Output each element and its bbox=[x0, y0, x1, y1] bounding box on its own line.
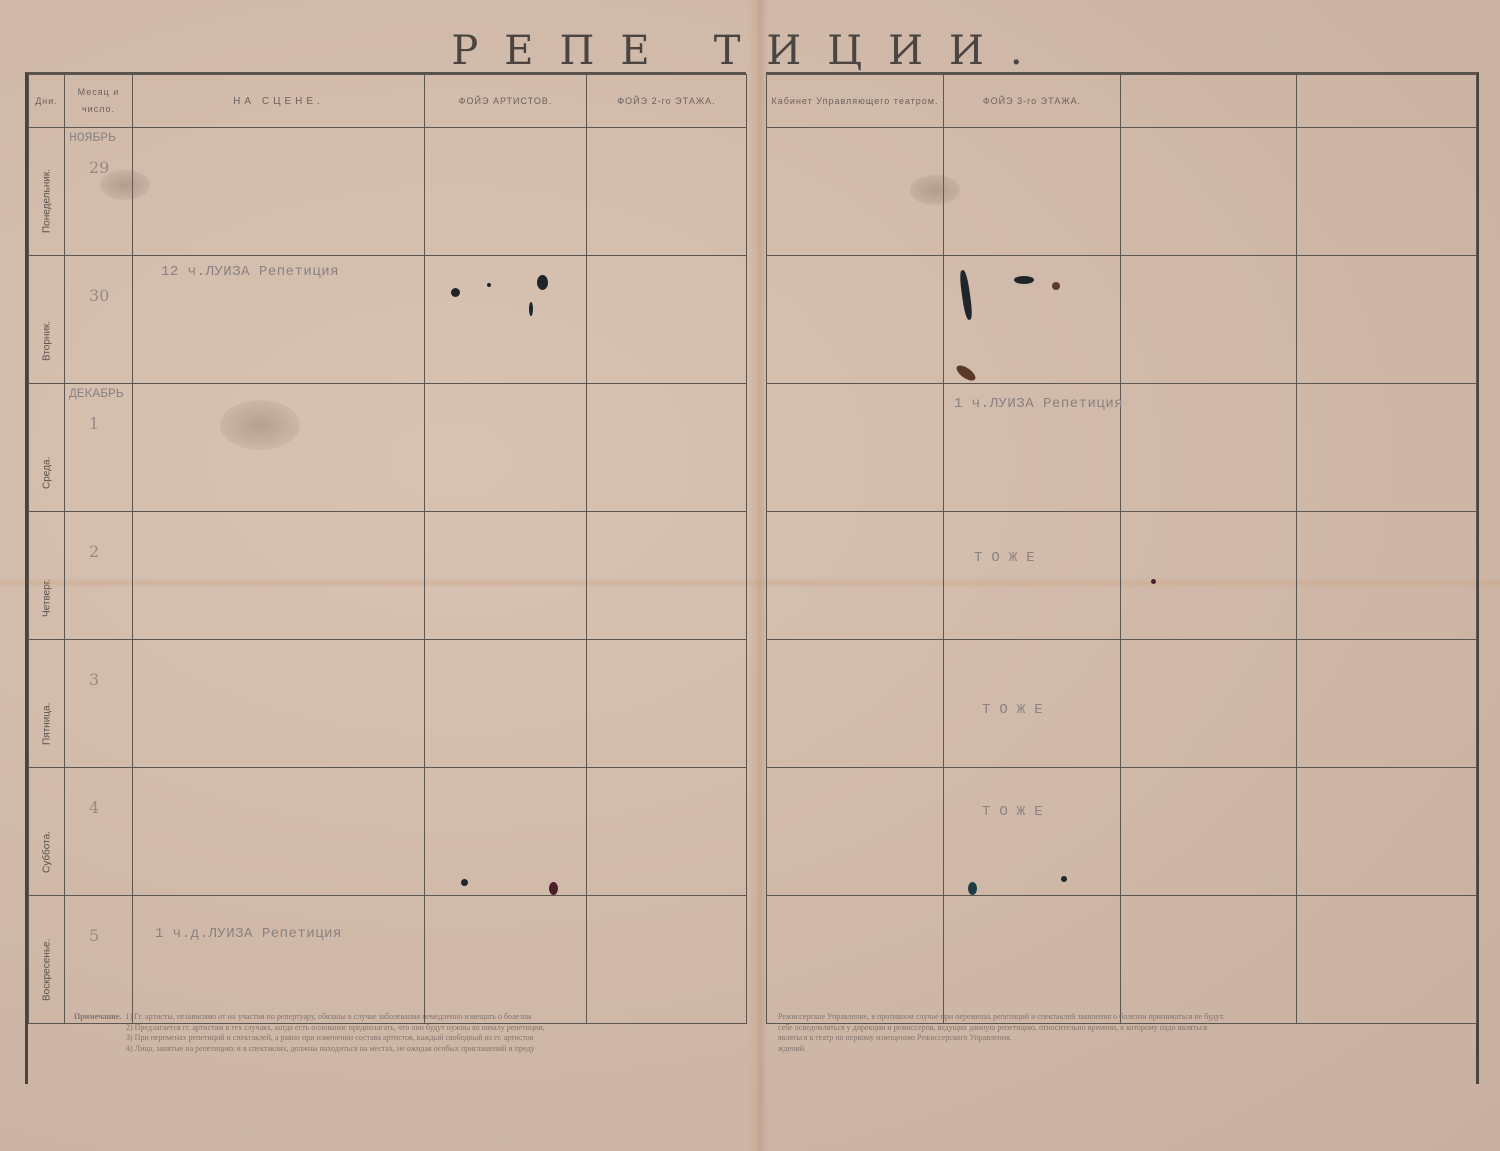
stage-cell[interactable] bbox=[133, 768, 425, 896]
day-name: Вторник. bbox=[41, 321, 52, 361]
month-label: ДЕКАБРЬ bbox=[69, 386, 124, 401]
office-cell[interactable] bbox=[767, 512, 944, 640]
date-cell[interactable]: ДЕКАБРЬ1 bbox=[65, 384, 133, 512]
date-cell[interactable]: 4 bbox=[65, 768, 133, 896]
header-foyer-3: ФОЙЭ 3-го ЭТАЖА. bbox=[944, 75, 1121, 128]
stage-cell[interactable]: 12 ч.ЛУИЗА Репетиция bbox=[133, 256, 425, 384]
blank-cell[interactable] bbox=[1121, 384, 1297, 512]
month-label: НОЯБРЬ bbox=[69, 130, 116, 145]
center-fold bbox=[748, 0, 768, 1151]
day-cell: Среда. bbox=[29, 384, 65, 512]
ink-blot bbox=[1061, 876, 1067, 882]
foyer-3-cell[interactable]: ТОЖЕ bbox=[944, 512, 1121, 640]
blank-cell[interactable] bbox=[1121, 256, 1297, 384]
header-blank-4 bbox=[1297, 75, 1477, 128]
note-line: Режиссерское Управление, в противном слу… bbox=[778, 1012, 1224, 1023]
title-part-2: ТИЦИИ. bbox=[714, 28, 1049, 74]
office-cell[interactable] bbox=[767, 384, 944, 512]
foyer-3-cell[interactable] bbox=[944, 896, 1121, 1024]
foyer-2-cell[interactable] bbox=[587, 512, 747, 640]
stage-cell[interactable] bbox=[133, 512, 425, 640]
blank-cell[interactable] bbox=[1121, 896, 1297, 1024]
note-line: 3) При переменах репетиций и спектаклей,… bbox=[74, 1033, 545, 1044]
foyer-2-cell[interactable] bbox=[587, 768, 747, 896]
header-row: Кабинет Управляющего театром. ФОЙЭ 3-го … bbox=[767, 75, 1477, 128]
ink-blot bbox=[537, 275, 548, 290]
day-name: Среда. bbox=[41, 457, 52, 489]
header-artists-foyer: ФОЙЭ АРТИСТОВ. bbox=[425, 75, 587, 128]
page-title: РЕПЕ ТИЦИИ. bbox=[0, 28, 1500, 74]
day-name: Воскресенье. bbox=[41, 939, 52, 1001]
office-cell[interactable] bbox=[767, 768, 944, 896]
foyer-3-cell[interactable] bbox=[944, 128, 1121, 256]
day-cell: Понедельник. bbox=[29, 128, 65, 256]
header-days: Дни. bbox=[29, 75, 65, 128]
day-name: Пятница. bbox=[41, 703, 52, 745]
artists-foyer-cell[interactable] bbox=[425, 384, 587, 512]
artists-foyer-cell[interactable] bbox=[425, 128, 587, 256]
table-row: Четверг. 2 bbox=[29, 512, 747, 640]
footnotes-left: Примечание.1) Гг. артисты, независимо от… bbox=[74, 1012, 545, 1054]
table-row: Среда. ДЕКАБРЬ1 bbox=[29, 384, 747, 512]
foyer-2-cell[interactable] bbox=[587, 128, 747, 256]
header-row: Дни. Месяц и число. НА СЦЕНЕ. ФОЙЭ АРТИС… bbox=[29, 75, 747, 128]
table-row: Суббота. 4 bbox=[29, 768, 747, 896]
artists-foyer-cell[interactable] bbox=[425, 512, 587, 640]
office-cell[interactable] bbox=[767, 256, 944, 384]
table-row: ТОЖЕ bbox=[767, 640, 1477, 768]
note-line: 1) Гг. артисты, независимо от их участия… bbox=[125, 1012, 531, 1021]
date-number: 4 bbox=[89, 798, 99, 817]
footnotes-right: Режиссерское Управление, в противном слу… bbox=[778, 1012, 1224, 1054]
typed-entry: 12 ч.ЛУИЗА Репетиция bbox=[161, 264, 339, 280]
table-row: Вторник. 30 12 ч.ЛУИЗА Репетиция bbox=[29, 256, 747, 384]
blank-cell[interactable] bbox=[1121, 512, 1297, 640]
header-blank-3 bbox=[1121, 75, 1297, 128]
foyer-3-cell[interactable]: ТОЖЕ bbox=[944, 640, 1121, 768]
note-line: 2) Предлагается гг. артистам в тех случа… bbox=[74, 1023, 545, 1034]
foyer-2-cell[interactable] bbox=[587, 640, 747, 768]
date-number: 1 bbox=[89, 414, 99, 433]
stain bbox=[100, 170, 150, 200]
foyer-2-cell[interactable] bbox=[587, 256, 747, 384]
note-line: 4) Лица, занятые на репетициях и в спект… bbox=[74, 1044, 545, 1055]
stain bbox=[910, 175, 960, 205]
ink-blot bbox=[968, 882, 977, 895]
typed-entry: ТОЖЕ bbox=[982, 702, 1052, 718]
blank-cell[interactable] bbox=[1121, 128, 1297, 256]
header-month-date: Месяц и число. bbox=[65, 75, 133, 128]
stage-cell[interactable]: 1 ч.д.ЛУИЗА Репетиция bbox=[133, 896, 425, 1024]
stage-cell[interactable] bbox=[133, 640, 425, 768]
blank-cell[interactable] bbox=[1297, 384, 1477, 512]
blank-cell[interactable] bbox=[1297, 768, 1477, 896]
ink-blot bbox=[1151, 579, 1156, 584]
date-cell[interactable]: 2 bbox=[65, 512, 133, 640]
table-row: Пятница. 3 bbox=[29, 640, 747, 768]
typed-entry: ТОЖЕ bbox=[974, 550, 1044, 566]
day-cell: Пятница. bbox=[29, 640, 65, 768]
date-cell[interactable]: 30 bbox=[65, 256, 133, 384]
table-row: ТОЖЕ bbox=[767, 512, 1477, 640]
date-number: 30 bbox=[89, 286, 109, 305]
note-line: себе осведомляться у дирекции и режиссер… bbox=[778, 1023, 1224, 1034]
date-cell[interactable]: 5 bbox=[65, 896, 133, 1024]
table-row: ТОЖЕ bbox=[767, 768, 1477, 896]
header-foyer-2: ФОЙЭ 2-го ЭТАЖА. bbox=[587, 75, 747, 128]
note-line: являться в театр по первому извещению Ре… bbox=[778, 1033, 1224, 1044]
stage-cell[interactable] bbox=[133, 128, 425, 256]
day-name: Понедельник. bbox=[41, 169, 52, 233]
foyer-2-cell[interactable] bbox=[587, 384, 747, 512]
left-page-table: Дни. Месяц и число. НА СЦЕНЕ. ФОЙЭ АРТИС… bbox=[25, 72, 746, 1084]
table-row bbox=[767, 128, 1477, 256]
title-part-1: РЕПЕ bbox=[451, 28, 675, 74]
typed-entry: 1 ч.ЛУИЗА Репетиция bbox=[954, 396, 1123, 412]
foyer-3-cell[interactable]: 1 ч.ЛУИЗА Репетиция bbox=[944, 384, 1121, 512]
table-row bbox=[767, 256, 1477, 384]
blank-cell[interactable] bbox=[1297, 128, 1477, 256]
stain bbox=[220, 400, 300, 450]
office-cell[interactable] bbox=[767, 896, 944, 1024]
header-manager-office: Кабинет Управляющего театром. bbox=[767, 75, 944, 128]
office-cell[interactable] bbox=[767, 640, 944, 768]
blank-cell[interactable] bbox=[1297, 896, 1477, 1024]
day-cell: Воскресенье. bbox=[29, 896, 65, 1024]
ink-blot bbox=[1052, 282, 1060, 290]
date-number: 5 bbox=[89, 926, 99, 945]
artists-foyer-cell[interactable] bbox=[425, 896, 587, 1024]
ink-blot bbox=[529, 302, 533, 316]
artists-foyer-cell[interactable] bbox=[425, 768, 587, 896]
blank-cell[interactable] bbox=[1297, 256, 1477, 384]
blank-cell[interactable] bbox=[1297, 512, 1477, 640]
artists-foyer-cell[interactable] bbox=[425, 640, 587, 768]
day-cell: Суббота. bbox=[29, 768, 65, 896]
blank-cell[interactable] bbox=[1121, 768, 1297, 896]
ink-blot bbox=[549, 882, 558, 895]
ink-blot bbox=[461, 879, 468, 886]
day-name: Четверг. bbox=[41, 579, 52, 617]
foyer-2-cell[interactable] bbox=[587, 896, 747, 1024]
date-number: 2 bbox=[89, 542, 99, 561]
artists-foyer-cell[interactable] bbox=[425, 256, 587, 384]
day-cell: Четверг. bbox=[29, 512, 65, 640]
note-line: ждений. bbox=[778, 1044, 1224, 1055]
ink-blot bbox=[1014, 276, 1034, 284]
typed-entry: 1 ч.д.ЛУИЗА Репетиция bbox=[155, 926, 342, 942]
table-row bbox=[767, 896, 1477, 1024]
foyer-3-cell[interactable]: ТОЖЕ bbox=[944, 768, 1121, 896]
ink-blot bbox=[487, 283, 491, 287]
day-name: Суббота. bbox=[41, 831, 52, 873]
date-number: 3 bbox=[89, 670, 99, 689]
header-stage: НА СЦЕНЕ. bbox=[133, 75, 425, 128]
ink-blot bbox=[451, 288, 460, 297]
blank-cell[interactable] bbox=[1121, 640, 1297, 768]
table-row: 1 ч.ЛУИЗА Репетиция bbox=[767, 384, 1477, 512]
blank-cell[interactable] bbox=[1297, 640, 1477, 768]
typed-entry: ТОЖЕ bbox=[982, 804, 1052, 820]
right-page-table: Кабинет Управляющего театром. ФОЙЭ 3-го … bbox=[766, 72, 1479, 1084]
table-row: Воскресенье. 5 1 ч.д.ЛУИЗА Репетиция bbox=[29, 896, 747, 1024]
notes-label: Примечание. bbox=[74, 1012, 121, 1021]
date-cell[interactable]: 3 bbox=[65, 640, 133, 768]
day-cell: Вторник. bbox=[29, 256, 65, 384]
